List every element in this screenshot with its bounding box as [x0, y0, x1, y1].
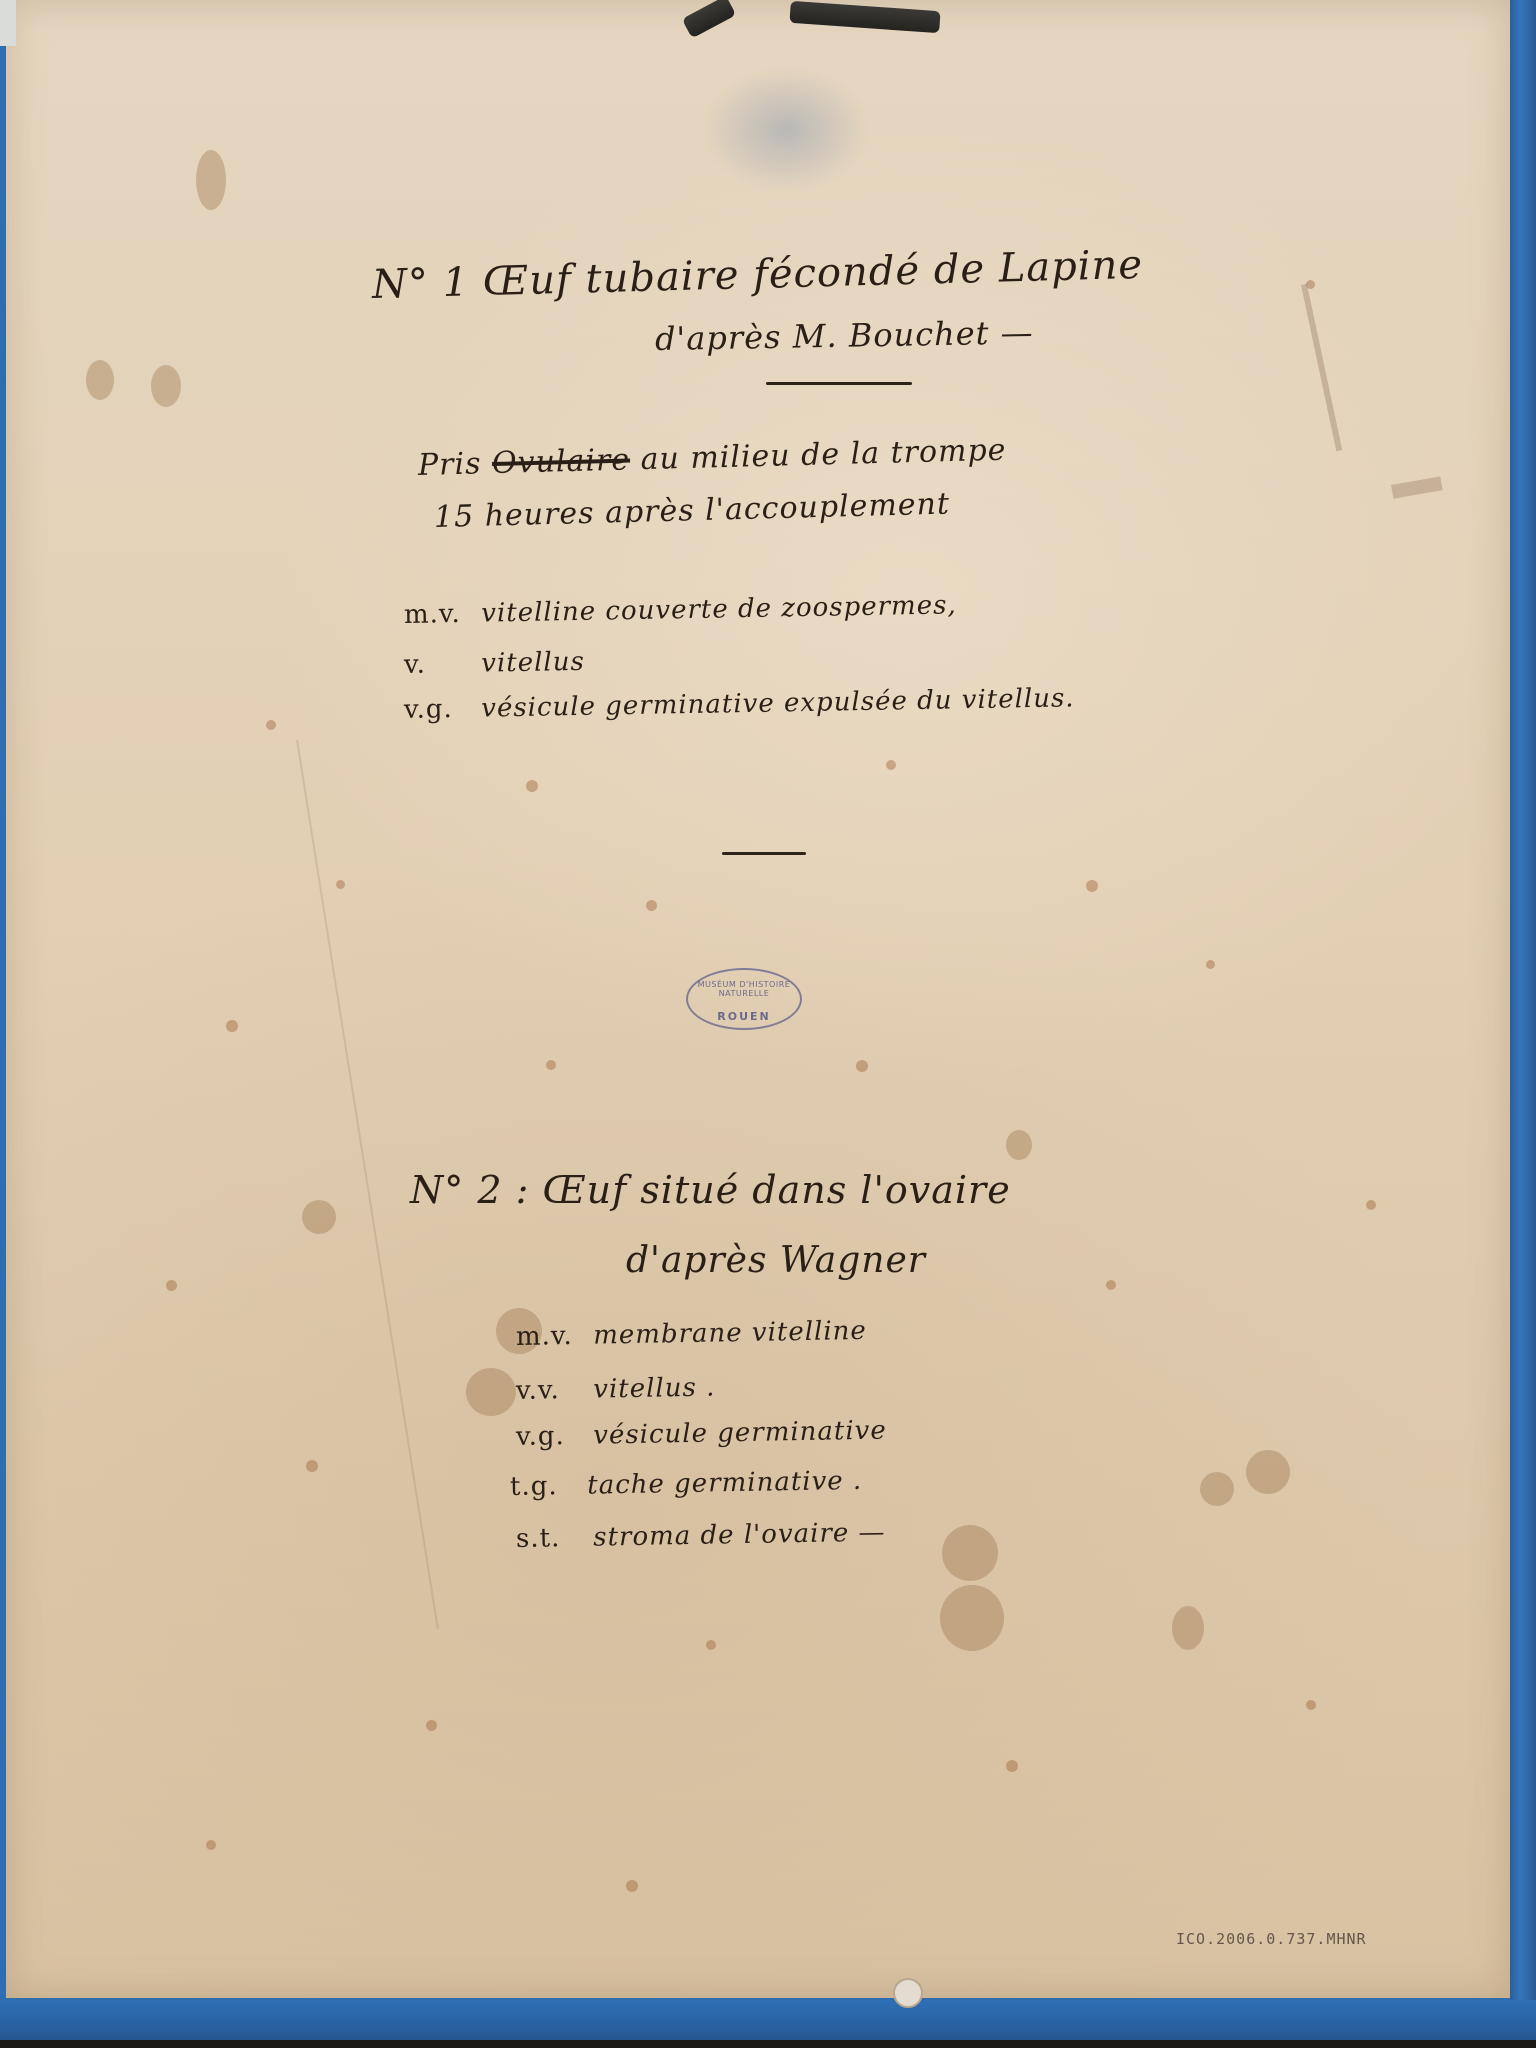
- foxing-stain: [940, 1585, 1004, 1651]
- legend-text: vésicule germinative: [593, 1416, 887, 1451]
- legend-text: stroma de l'ovaire —: [593, 1518, 886, 1553]
- foxing-speck: [1006, 1760, 1018, 1772]
- foxing-stain: [466, 1368, 516, 1416]
- entry-2-title: N° 2 : Œuf situé dans l'ovaire: [410, 1168, 1011, 1212]
- legend-text: tache germinative .: [587, 1466, 862, 1501]
- foxing-stain: [1006, 1130, 1032, 1160]
- museum-stamp: MUSÉUM D'HISTOIRE NATURELLE ROUEN: [686, 968, 802, 1030]
- entry-1-divider: [766, 382, 912, 385]
- backing-right-edge: [1510, 0, 1536, 2040]
- torn-corner: [0, 0, 16, 46]
- entry-2-legend-item: m.v. membrane vitelline: [516, 1316, 867, 1352]
- entry-2-legend-item: t.g. tache germinative .: [510, 1466, 863, 1502]
- foxing-speck: [546, 1060, 556, 1070]
- struck-word: Ovulaire: [492, 442, 631, 481]
- legend-abbr: v.v.: [516, 1375, 585, 1406]
- legend-text: vitellus: [481, 647, 585, 679]
- legend-text: vitellus .: [593, 1373, 716, 1405]
- scratch-streak: [1391, 476, 1443, 498]
- foxing-speck: [1366, 1200, 1376, 1210]
- legend-abbr: t.g.: [510, 1471, 579, 1502]
- foxing-stain: [1200, 1472, 1234, 1506]
- foxing-stain: [1246, 1450, 1290, 1494]
- foxing-stain: [86, 360, 114, 400]
- stamp-bottom-text: ROUEN: [688, 1010, 800, 1023]
- legend-text: membrane vitelline: [593, 1316, 867, 1351]
- foxing-speck: [526, 780, 538, 792]
- pin-hole: [893, 1978, 923, 2008]
- section-divider: [722, 852, 806, 855]
- legend-abbr: v.g.: [404, 694, 473, 725]
- foxing-speck: [226, 1020, 238, 1032]
- legend-abbr: m.v.: [516, 1321, 585, 1352]
- foxing-speck: [886, 760, 896, 770]
- entry-1-attribution: d'après M. Bouchet —: [655, 313, 1034, 358]
- foxing-speck: [646, 900, 657, 911]
- legend-abbr: v.: [404, 649, 473, 680]
- foxing-speck: [266, 720, 276, 730]
- foxing-stain: [196, 150, 226, 210]
- foxing-speck: [856, 1060, 868, 1072]
- foxing-speck: [1306, 1700, 1316, 1710]
- foxing-speck: [1106, 1280, 1116, 1290]
- foxing-speck: [706, 1640, 716, 1650]
- entry-1-legend-item: v. vitellus: [404, 647, 585, 680]
- legend-abbr: s.t.: [516, 1523, 585, 1554]
- foxing-speck: [626, 1880, 638, 1892]
- foxing-speck: [426, 1720, 437, 1731]
- scratch-streak: [1301, 284, 1342, 452]
- foxing-speck: [206, 1840, 216, 1850]
- stamp-top-text: MUSÉUM D'HISTOIRE NATURELLE: [688, 980, 800, 998]
- entry-2-attribution: d'après Wagner: [626, 1240, 926, 1281]
- note-prefix: Pris: [418, 446, 482, 483]
- foxing-speck: [1086, 880, 1098, 892]
- backing-bottom-edge: [0, 2000, 1536, 2040]
- entry-2-legend-item: s.t. stroma de l'ovaire —: [516, 1518, 886, 1554]
- legend-abbr: v.g.: [516, 1421, 585, 1452]
- inventory-number: ICO.2006.0.737.MHNR: [1176, 1930, 1367, 1948]
- foxing-speck: [306, 1460, 318, 1472]
- entry-2-legend-item: v.v. vitellus .: [516, 1373, 716, 1406]
- foxing-speck: [166, 1280, 177, 1291]
- foxing-speck: [336, 880, 345, 889]
- foxing-stain: [1172, 1606, 1204, 1650]
- foxing-stain: [151, 365, 181, 407]
- foxing-stain: [942, 1525, 998, 1581]
- foxing-speck: [1206, 960, 1215, 969]
- legend-abbr: m.v.: [404, 599, 473, 630]
- foxing-stain: [302, 1200, 336, 1234]
